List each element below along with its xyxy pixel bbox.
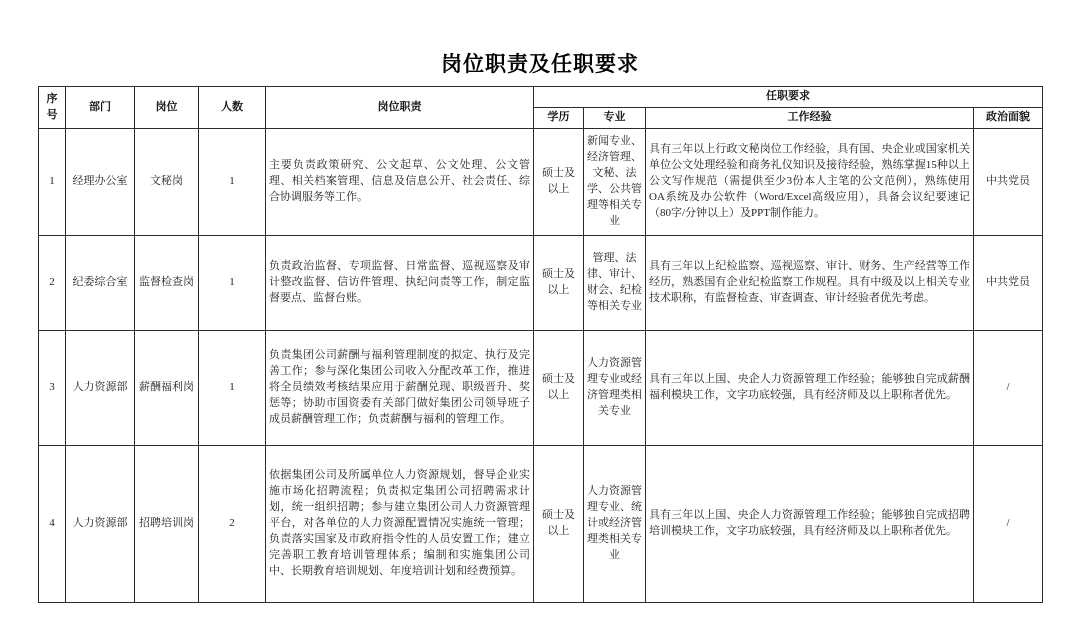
cell-political: 中共党员 (974, 129, 1043, 236)
cell-count: 2 (199, 446, 266, 603)
cell-education: 硕士及以上 (534, 129, 584, 236)
cell-major: 人力资源管理专业或经济管理类相关专业 (584, 331, 646, 446)
header-requirements-group: 任职要求 (534, 87, 1043, 108)
cell-dept: 人力资源部 (66, 331, 135, 446)
cell-dept: 经理办公室 (66, 129, 135, 236)
cell-seq: 1 (39, 129, 66, 236)
cell-position: 文秘岗 (135, 129, 199, 236)
header-major: 专业 (584, 108, 646, 129)
cell-political: 中共党员 (974, 236, 1043, 331)
cell-experience: 具有三年以上行政文秘岗位工作经验，具有国、央企业或国家机关单位公文处理经验和商务… (646, 129, 974, 236)
table-row: 2 纪委综合室 监督检查岗 1 负责政治监督、专项监督、日常监督、巡视巡察及审计… (39, 236, 1043, 331)
cell-duties: 依据集团公司及所属单位人力资源规划，督导企业实施市场化招聘流程；负责拟定集团公司… (266, 446, 534, 603)
table-row: 3 人力资源部 薪酬福利岗 1 负责集团公司薪酬与福利管理制度的拟定、执行及完善… (39, 331, 1043, 446)
cell-experience: 具有三年以上国、央企人力资源管理工作经验；能够独自完成招聘培训模块工作，文字功底… (646, 446, 974, 603)
cell-political: / (974, 331, 1043, 446)
cell-major: 人力资源管理专业、统计或经济管理类相关专业 (584, 446, 646, 603)
cell-major: 管理、法律、审计、财会、纪检等相关专业 (584, 236, 646, 331)
cell-position: 薪酬福利岗 (135, 331, 199, 446)
cell-seq: 3 (39, 331, 66, 446)
header-count: 人数 (199, 87, 266, 129)
cell-duties: 负责集团公司薪酬与福利管理制度的拟定、执行及完善工作；参与深化集团公司收入分配改… (266, 331, 534, 446)
cell-seq: 4 (39, 446, 66, 603)
cell-count: 1 (199, 331, 266, 446)
cell-position: 监督检查岗 (135, 236, 199, 331)
cell-dept: 人力资源部 (66, 446, 135, 603)
cell-experience: 具有三年以上国、央企人力资源管理工作经验；能够独自完成薪酬福利模块工作，文字功底… (646, 331, 974, 446)
header-position: 岗位 (135, 87, 199, 129)
cell-major: 新闻专业、经济管理、文秘、法学、公共管理等相关专业 (584, 129, 646, 236)
cell-education: 硕士及以上 (534, 236, 584, 331)
cell-duties: 负责政治监督、专项监督、日常监督、巡视巡察及审计整改监督、信访件管理、执纪问责等… (266, 236, 534, 331)
page-title: 岗位职责及任职要求 (0, 48, 1080, 78)
cell-count: 1 (199, 129, 266, 236)
cell-seq: 2 (39, 236, 66, 331)
cell-position: 招聘培训岗 (135, 446, 199, 603)
header-dept: 部门 (66, 87, 135, 129)
cell-education: 硕士及以上 (534, 446, 584, 603)
header-political: 政治面貌 (974, 108, 1043, 129)
cell-duties: 主要负责政策研究、公文起草、公文处理、公文管理、相关档案管理、信息及信息公开、社… (266, 129, 534, 236)
table-row: 4 人力资源部 招聘培训岗 2 依据集团公司及所属单位人力资源规划，督导企业实施… (39, 446, 1043, 603)
cell-count: 1 (199, 236, 266, 331)
cell-experience: 具有三年以上纪检监察、巡视巡察、审计、财务、生产经营等工作经历，熟悉国有企业纪检… (646, 236, 974, 331)
job-requirements-table: 序号 部门 岗位 人数 岗位职责 任职要求 学历 专业 工作经验 政治面貌 1 … (38, 86, 1043, 603)
header-education: 学历 (534, 108, 584, 129)
cell-education: 硕士及以上 (534, 331, 584, 446)
header-duties: 岗位职责 (266, 87, 534, 129)
cell-dept: 纪委综合室 (66, 236, 135, 331)
cell-political: / (974, 446, 1043, 603)
table-row: 1 经理办公室 文秘岗 1 主要负责政策研究、公文起草、公文处理、公文管理、相关… (39, 129, 1043, 236)
header-experience: 工作经验 (646, 108, 974, 129)
header-seq: 序号 (39, 87, 66, 129)
